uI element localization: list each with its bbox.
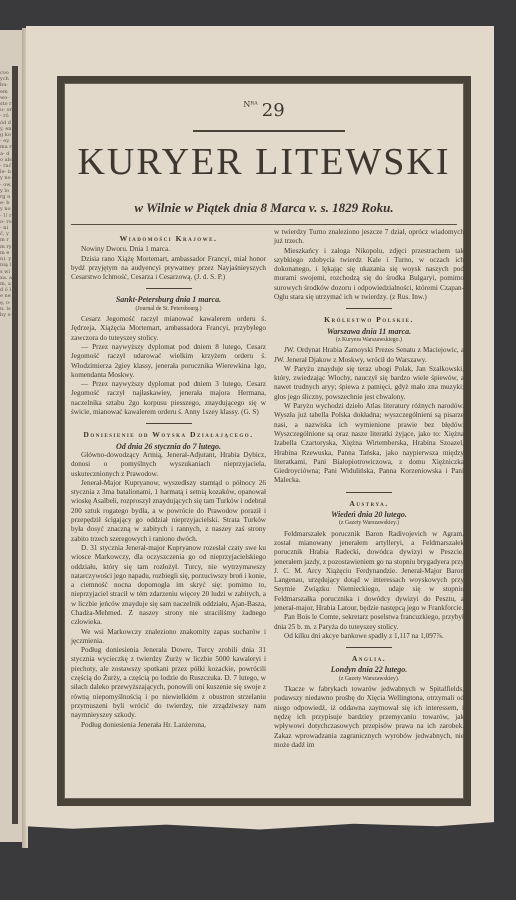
newspaper-page: Nᴿᴬ29 KURYER LITEWSKI w Wilnie w Piątek …	[26, 26, 494, 851]
previous-page-strip: coo ych bu- em wo- sto ru- or- ró ód dy,…	[0, 30, 24, 842]
section-separator	[346, 647, 392, 648]
page-content: Nᴿᴬ29 KURYER LITEWSKI w Wilnie w Piątek …	[69, 88, 459, 794]
section-separator	[146, 288, 192, 289]
article-paragraph: JW. Ordynat Hrabia Zamoyski Prezes Senat…	[274, 346, 464, 365]
right-column: w twierdzy Turno znaleziono jeszcze 7 dz…	[274, 228, 464, 750]
article-paragraph: Główno-dowodzący Armią, Jenerał-Adjutant…	[71, 451, 266, 479]
article-source: (Journal de St. Petersbourg.)	[71, 305, 266, 314]
article-paragraph: Mieszkańcy i załoga Nikopolu, zdjęci prz…	[274, 247, 464, 303]
article-paragraph: Feldmarszałek porucznik Baron Radivojevi…	[274, 530, 464, 614]
article-subheading: Sankt-Petersburg dnia 1 marca.	[71, 295, 266, 304]
article-paragraph: — Przez naywyższy dyplomat pod dniem 8 l…	[71, 343, 266, 380]
article-paragraph: W Paryżu wychodzi dzieło Atlas literatur…	[274, 402, 464, 486]
article-paragraph: Pan Bois le Comte, sekretarz poselstwa f…	[274, 613, 464, 632]
article-paragraph: Podług doniesienia Jenerała Hr. Lanżeron…	[71, 721, 266, 730]
article-paragraph: Tkacze w fabrykach towarów jedwabnych w …	[274, 685, 464, 750]
article-paragraph: Od kilku dni akcye bankowe spadły z 1,11…	[274, 632, 464, 641]
section-separator	[146, 423, 192, 424]
article-paragraph: Cesarz Jegomość raczył mianować kawalere…	[71, 315, 266, 343]
issue-number-value: 29	[262, 100, 285, 121]
masthead-rule	[193, 130, 345, 132]
article-subheading: Wiedeń dnia 20 lutego.	[274, 510, 464, 519]
article-source: (z Gazety Warszawskiey.)	[274, 519, 464, 528]
section-heading: Doniesienie od Woyska Działającego.	[71, 430, 266, 439]
article-subheading: Londyn dnia 22 lutego.	[274, 665, 464, 674]
article-paragraph: w twierdzy Turno znaleziono jeszcze 7 dz…	[274, 228, 464, 247]
article-paragraph: Nowiny Dworu. Dnia 1 marca.	[71, 245, 266, 254]
left-column: Wiadomości Krajowe. Nowiny Dworu. Dnia 1…	[71, 228, 266, 730]
previous-page-text: coo ych bu- em wo- sto ru- or- ró ód dy,…	[0, 70, 12, 710]
section-separator	[346, 492, 392, 493]
section-heading: Królestwo Polskie.	[274, 315, 464, 324]
dateline: w Wilnie w Piątek dnia 8 Marca v. s. 182…	[69, 200, 459, 216]
article-paragraph: D. 31 stycznia Jenerał-major Kupryanow r…	[71, 544, 266, 628]
article-paragraph: Jenerał-Major Kupryanow, wyszedłszy stam…	[71, 479, 266, 544]
article-subheading: Warszawa dnia 11 marca.	[274, 327, 464, 336]
section-separator	[346, 308, 392, 309]
article-paragraph: — Przez naywyższy dyplomat pod dniem 3 l…	[71, 380, 266, 417]
page-frame-border: Nᴿᴬ29 KURYER LITEWSKI w Wilnie w Piątek …	[57, 76, 471, 806]
article-source: (z Gazety Warszawskiey).	[274, 675, 464, 684]
newspaper-title: KURYER LITEWSKI	[69, 140, 459, 184]
issue-number: Nᴿᴬ29	[69, 100, 459, 121]
article-paragraph: Podług doniesienia Jenerała Dowre, Turcy…	[71, 646, 266, 720]
section-heading: Anglia.	[274, 654, 464, 663]
article-paragraph: Dzisia rano Xiążę Mortemart, ambassador …	[71, 255, 266, 283]
article-paragraph: We wsi Markowczy znaleziono znakomity za…	[71, 628, 266, 647]
section-heading: Wiadomości Krajowe.	[71, 234, 266, 243]
article-subheading: Od dnia 26 stycznia do 7 lutego.	[71, 442, 266, 451]
article-paragraph: W Paryżu znayduje się teraz ubogi Polak,…	[274, 365, 464, 402]
section-heading: Austrya.	[274, 499, 464, 508]
article-source: (z Kuryera Warszawskiego.)	[274, 336, 464, 345]
previous-page-border	[12, 66, 18, 824]
issue-prefix: Nᴿᴬ	[243, 100, 257, 109]
dateline-rule	[71, 224, 457, 225]
